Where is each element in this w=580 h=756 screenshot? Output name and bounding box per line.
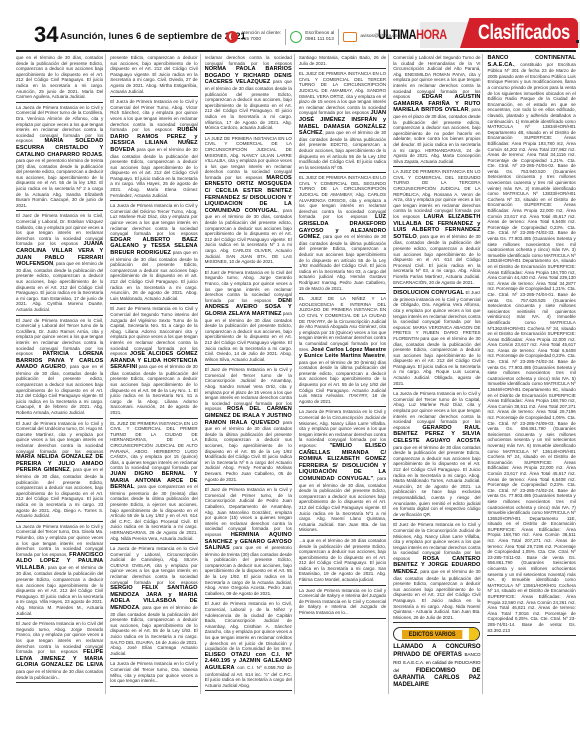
notice-body: El Juez de Primera Instancia en lo Civil… [16,213,103,312]
notice-item: La Jueza de Primera Instancia en lo Civi… [393,390,480,520]
notice-text: EL JUEZ DE PRIMERA INSTANCIA EN LO CIVIL… [299,71,386,115]
notice-text: Santiago Montania, Capitán Bado, 26 de J… [299,55,386,66]
notice-item: El Juez de Primera Instancia en lo Civil… [205,269,292,366]
banner-dot [576,40,579,43]
notice-parties: DISOLUCION CONYUGAL [393,290,464,296]
column-4: Santiago Montania, Capitán Bado, 26 de J… [299,54,389,694]
notice-item: La Jueza de Primera Instancia en lo Civi… [110,545,197,659]
page-number: 34 [34,24,58,46]
notice-text: LA JUEZ DE PRIMERA INSTANCIA EN LO CIVIL… [205,136,292,180]
notice-text: para que en el término de 30 días contad… [16,669,103,680]
notice-body: EL JUEZ DE PRIMERA INSTANCIA EN LO CIVIL… [299,71,386,170]
notice-item: El Juez de Primera Instancia en lo Civil… [393,521,480,623]
notice-text: LA JUEZ DE PRIMERA INSTANCIA EN LO CIVIL… [393,169,480,219]
notice-text: que en el término de 30 días, contados d… [16,55,103,99]
contact-value: 415 7000 [241,37,281,43]
notice-body: LA JUEZ DE PRIMERA INSTANCIA EN LO CIVIL… [393,169,480,285]
contact-phone[interactable]: Atención al cliente: 415 7000 [222,29,286,45]
notice-item: El Juez de Primera Instancia en lo Civil… [16,620,103,683]
notice-text: El Juez de Primera Instancia en lo Civil… [205,601,292,651]
notice-text: para que en el término de 30 días contad… [205,420,292,482]
notice-text: para que en el perentorio término de tre… [205,545,292,596]
notice-text: presente Edicto, comparezcan a deducir s… [110,55,197,94]
notice-item: La Juez de Primera Instancia en lo Civil… [299,587,386,619]
notice-item: EL JUEZ DE PRIMERA INSTANCIA EN LO CIVIL… [299,174,386,294]
column-1: que en el término de 30 días, contados d… [16,54,106,694]
notice-text: , para que en el término de 30 días, con… [16,467,103,518]
notice-item: El Juez de Primera Instancia en lo Civil… [16,420,103,522]
notice-body: La Jueza de Primera Instancia en lo Civi… [393,391,480,517]
notice-body: La Jueza de Primera Instancia en lo Civi… [16,105,103,209]
notice-text: reclamar derechos contra la sociedad con… [205,55,292,66]
notice-text: La Jueza de Primera Instancia en lo Civi… [110,661,197,683]
notice-body: EL JUEZ DE PRIMERA INSTANCIA EN LO CIVIL… [299,175,386,291]
notice-item: El Juez de Primera Instancia en lo Civil… [16,212,103,315]
notice-body: El Juez de Primera Instancia en lo Civil… [16,318,103,416]
notice-body: presente Edicto, comparezcan a deducir s… [110,55,197,94]
notice-text: , para que en el perentorio término de t… [16,152,103,208]
notice-item: EL JUEZ DE PRIMERA INSTANCIA EN LO CIVIL… [110,420,197,544]
notice-item: El Juez de Primera Instancia en lo Civil… [205,486,292,599]
notice-item: El Juez de Primera Instancia en lo Civil… [110,305,197,418]
notice-text: El Juez de primera instancia en lo Civil… [393,290,480,386]
notice-text: para que en el término de 30 días contad… [393,445,480,517]
contact-whatsapp[interactable]: Escríbenos al 0981 111 013 [286,29,339,45]
column-2: presente Edicto, comparezcan a deducir s… [110,54,200,694]
notice-body: La Jueza de Primera Instancia en lo Civi… [110,203,197,301]
notice-item: BANCO CONTINENTAL S.A.E.CA., constituido… [487,54,575,636]
notice-item: EL JUEZ DE PRIMERA INSTANCIA EN LO CIVIL… [299,70,386,173]
notice-item: La Jueza de Primera Instancia en lo Civi… [16,104,103,212]
notice-text: La Juez de Primera Instancia en lo Civil… [299,588,386,615]
notice-body: El Jueza de Primera Instancia en lo Civi… [110,99,197,198]
notice-text: El Juez de Primera Instancia en lo Civil… [16,421,103,454]
notice-body: reclamar derechos contra la sociedad con… [205,55,292,131]
notice-text: , para que en término de 30 días, contad… [16,261,103,312]
notice-body: La Juez de Primera Instancia en lo Civil… [299,588,386,616]
notice-parties: José Carlos López Maestre y Eunice Leite… [299,347,386,360]
notice-text: El Juez de Primera Instancia en lo Civil… [110,306,197,356]
section-header-edictos-varios: EDICTOS VARIOS [393,627,480,641]
notice-body: Santiago Montania, Capitán Bado, 26 de J… [299,55,386,66]
notice-text: El Juez de Primera Instancia en lo Civil… [205,487,292,537]
publication-date: Asunción, lunes 6 de septiembre de 2021 [60,31,246,42]
notice-item: LA JUEZ DE PRIMERA INSTANCIA EN LO CIVIL… [393,168,480,288]
notice-body: La Jueza de Primera Instancia en lo Civi… [110,546,197,656]
notice-item: La Jueza de Primera Instancia en lo Civi… [299,408,386,535]
notice-item: La Jueza de Primera Instancia en lo Civi… [110,202,197,304]
notice-body: La Jueza de Primera Instancia en lo Civi… [299,409,386,532]
notice-item: presente Edicto, comparezcan a deducir s… [110,54,197,97]
notice-text: EL JUEZ DE LA NIÑEZ Y LA ADOLESCENCIA E … [299,296,386,351]
notice-item: ...a que en el término de 30 días contad… [299,537,386,586]
notice-item: La Jueza de Primera Instancia en lo Civi… [110,660,197,686]
notice-item: El Juez de Primera Instancia en lo Civil… [16,317,103,419]
column-6: BANCO CONTINENTAL S.A.E.CA., constituido… [487,54,577,694]
whatsapp-icon [290,31,302,43]
notice-text: La Jueza de Primera Instancia en lo Civi… [110,546,197,585]
notice-text: , para que en el término de 30 días, con… [205,208,292,264]
notice-body: LA JUEZ DE PRIMERA INSTANCIA EN LO CIVIL… [205,136,292,265]
notice-text: EL JUEZ DE PRIMERA INSTANCIA EN LO CIVIL… [110,421,197,471]
notice-item: El Juez de Primera Instancia en lo Civil… [205,600,292,691]
notice-text: , para que comparezcan en el término per… [110,484,197,540]
column-5: Comercial y Laboral del Segundo Turno de… [393,54,483,694]
section-header-label: EDICTOS VARIOS [402,630,462,640]
notice-text: , para que en el término de 30 días, con… [393,234,480,285]
notice-text: EL JUEZ DE PRIMERA INSTANCIA EN LO CIVIL… [299,175,386,219]
notice-text: , para que en el término de 30 (treinta)… [299,353,386,404]
ultimahora-logo: ULTIMAHORA [378,26,447,42]
section-title: Clasificados [478,21,570,45]
notice-item: Santiago Montania, Capitán Bado, 26 de J… [299,54,386,69]
notice-text: para que en el término de 30 días contad… [110,364,197,415]
notice-body: ...a que en el término de 30 días contad… [299,538,386,583]
notice-text: , para que en el término de 30 días cont… [393,569,480,620]
phone-icon [226,31,238,43]
notice-item: El Jueza de Primera Instancia en lo Civi… [110,98,197,201]
contest-trust-name: FIDEICOMISO DE GARANTIA CARLOS PAZ MADEL… [393,668,480,688]
notice-text: , para que en el plazo de 30 días, conta… [393,107,480,163]
notice-text: , para que en el término de 30 días, con… [299,476,386,532]
notice-text: para que en el término de 30 días contad… [110,250,197,301]
mail-icon [343,32,357,42]
notice-item: reclamar derechos contra la sociedad con… [205,54,292,134]
notice-text: para que en el término de 30 días contad… [205,79,292,130]
notice-body: El Juez de Primera Instancia en lo Civil… [110,306,197,415]
notice-body: que en el término de 30 días, contados d… [16,55,103,100]
notice-text: El Juez de Primera Instancia en lo Civil… [205,367,292,411]
notice-text: Comercial y Laboral del Segundo Turno de… [393,55,480,99]
notice-text: , para que en el término de 30 días cont… [110,605,197,656]
notice-text: , para que en el término de 30 días cont… [299,234,386,290]
notice-text: para que en el término de 30 días contad… [110,147,197,198]
section-header-tab [469,628,479,640]
column-3: reclamar derechos contra la sociedad con… [205,54,295,694]
contact-value: 0981 111 013 [305,37,334,43]
notice-body: DISOLUCION CONYUGAL El Juez de primera i… [393,290,480,386]
notice-body: El Juez de Primera Instancia en lo Civil… [16,421,103,519]
notice-text: para que en el término de 30 días contad… [205,311,292,362]
notice-body: EL JUEZ DE LA NIÑEZ Y LA ADOLESCENCIA E … [299,296,386,404]
notice-item: LA JUEZ DE PRIMERA INSTANCIA EN LO CIVIL… [205,135,292,268]
notice-item: DISOLUCION CONYUGAL El Juez de primera i… [393,289,480,389]
contest-notice: LLAMADO A CONCURSO PRIVADO DE OFERTAS BA… [393,644,480,689]
notice-text: , constituido por Escritura Pública Nº 3… [487,62,575,633]
notice-body: La Jueza de Primera Instancia en lo Civi… [16,524,103,617]
notice-item: El Juez de Primera Instancia en lo Civil… [205,366,292,485]
notice-body: El Juez de Primera Instancia en lo Civil… [205,367,292,482]
notice-body: El Juez de Primera Instancia en lo Civil… [205,487,292,596]
notice-item: EL JUEZ DE LA NIÑEZ Y LA ADOLESCENCIA E … [299,295,386,407]
page-header: 34 Asunción, lunes 6 de septiembre de 20… [0,0,580,54]
notice-item: Comercial y Laboral del Segundo Turno de… [393,54,480,167]
notices-columns: que en el término de 30 días, contados d… [16,54,578,694]
notice-body: BANCO CONTINENTAL S.A.E.CA., constituido… [487,55,575,633]
notice-body: EL JUEZ DE PRIMERA INSTANCIA EN LO CIVIL… [110,421,197,541]
notice-item: La Jueza de Primera Instancia en lo Civi… [16,523,103,620]
notice-text: La Jueza de Primera Instancia en lo Civi… [110,203,197,236]
notice-item: que en el término de 30 días, contados d… [16,54,103,103]
notice-body: El Juez de Primera Instancia en lo Civil… [16,621,103,680]
notice-body: El Juez de Primera Instancia en lo Civil… [205,270,292,363]
notice-text: , para que en el término de 30 días, con… [16,364,103,415]
notice-text: , para que en el término de 30 días cont… [299,130,386,170]
notice-body: El Juez de Primera Instancia en lo Civil… [205,601,292,688]
notice-body: La Jueza de Primera Instancia en lo Civi… [110,661,197,683]
notice-body: El Juez de Primera Instancia en lo Civil… [393,522,480,620]
notice-text: ...a que en el término de 30 días contad… [299,538,386,582]
header-rule [16,50,576,52]
section-banner: Clasificados [460,18,578,48]
notice-text: , para que en el término de 30 días, con… [16,565,103,616]
notice-body: Comercial y Laboral del Segundo Turno de… [393,55,480,164]
